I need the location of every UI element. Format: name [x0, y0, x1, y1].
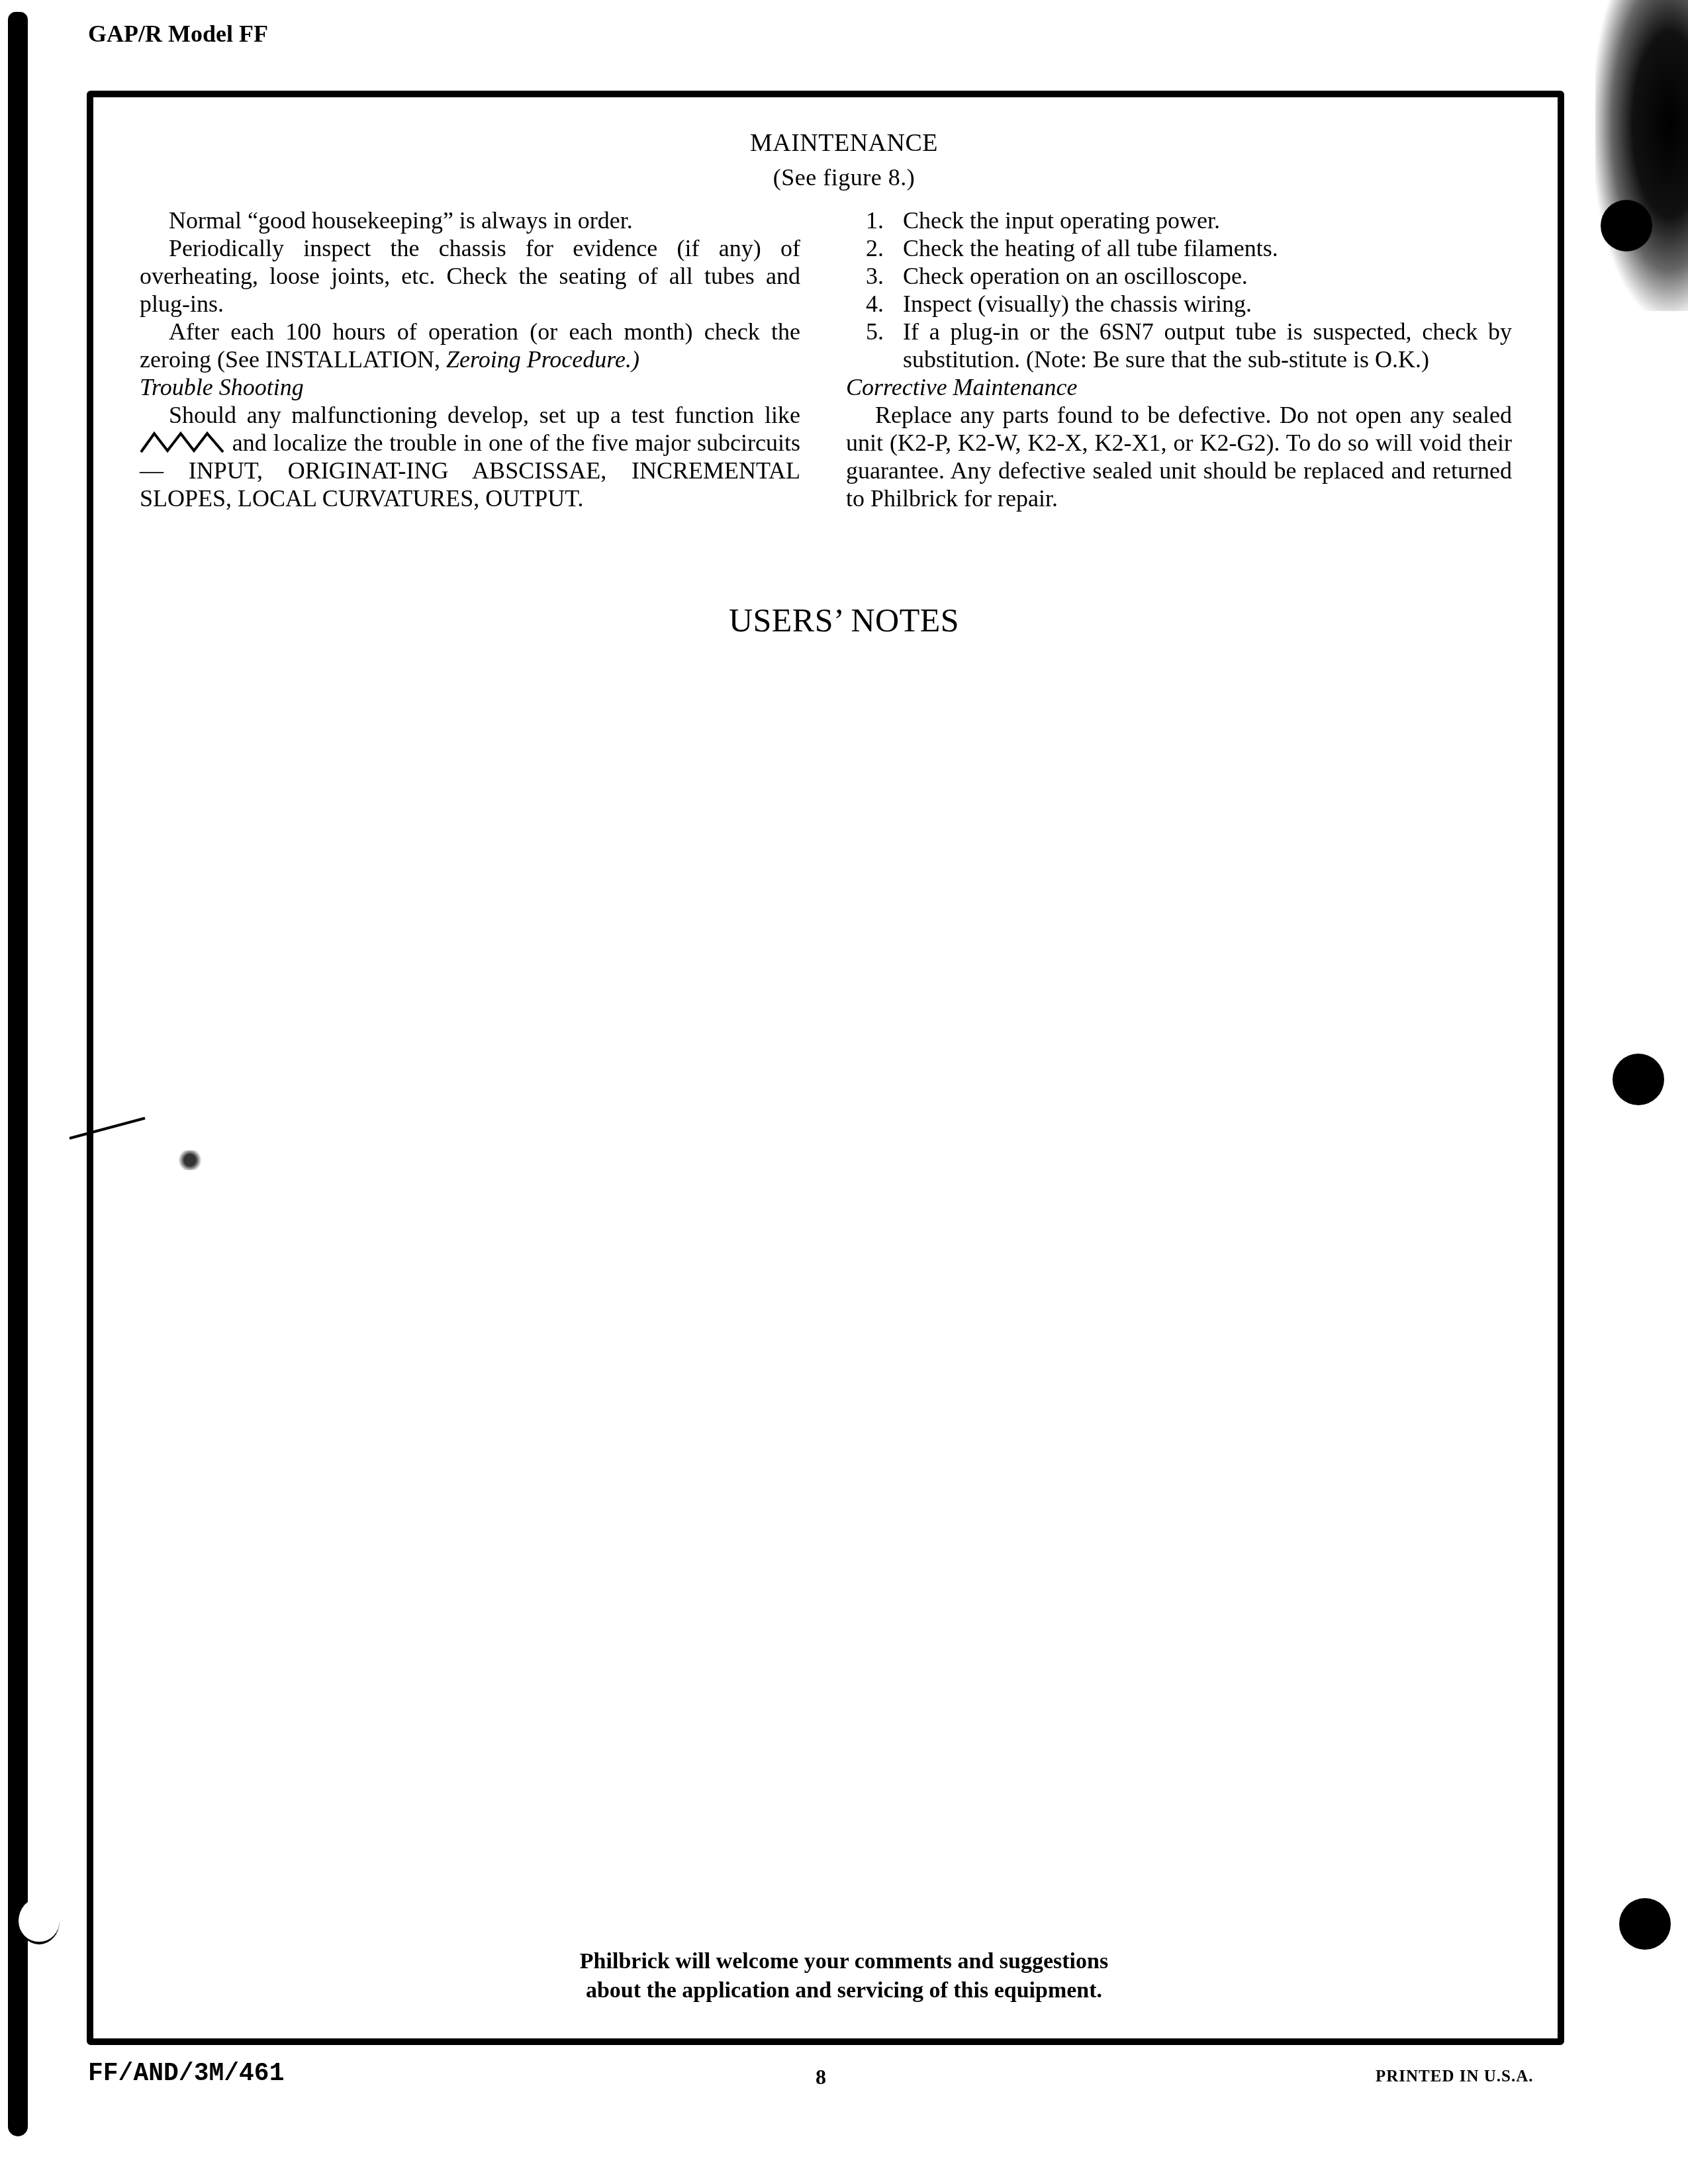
trouble-text-start: Should any malfunctioning develop, set u… [169, 402, 800, 428]
paragraph-inspection: Periodically inspect the chassis for evi… [140, 234, 800, 318]
zeroing-procedure-reference: Zeroing Procedure.) [446, 346, 639, 373]
paragraph-corrective-maintenance: Replace any parts found to be defective.… [846, 401, 1512, 512]
page-number: 8 [816, 2065, 826, 2089]
binding-edge-shadow [8, 12, 28, 2136]
running-head: GAP/R Model FF [88, 20, 268, 48]
closing-note: Philbrick will welcome your comments and… [0, 1947, 1688, 2005]
checklist-item: 1.Check the input operating power. [846, 206, 1512, 234]
punch-hole [1619, 1898, 1671, 1950]
trouble-text-end: and localize the trouble in one of the f… [140, 430, 800, 512]
punch-hole [1613, 1054, 1664, 1105]
checklist-item: 4.Inspect (visually) the chassis wiring. [846, 290, 1512, 318]
closing-note-line-2: about the application and servicing of t… [0, 1976, 1688, 2005]
figure-reference: (See figure 8.) [0, 163, 1688, 191]
paragraph-housekeeping: Normal “good housekeeping” is always in … [140, 206, 800, 234]
subheading-trouble-shooting: Trouble Shooting [140, 373, 800, 401]
binding-notch [19, 1898, 60, 1944]
maintenance-left-column: Normal “good housekeeping” is always in … [140, 206, 800, 512]
checklist-item: 2.Check the heating of all tube filament… [846, 234, 1512, 262]
maintenance-right-column: 1.Check the input operating power. 2.Che… [846, 206, 1512, 512]
checklist-item: 5.If a plug-in or the 6SN7 output tube i… [846, 318, 1512, 373]
punch-hole [1601, 200, 1652, 251]
subheading-corrective-maintenance: Corrective Maintenance [846, 373, 1512, 401]
paragraph-zeroing: After each 100 hours of operation (or ea… [140, 318, 800, 373]
triangle-wave-icon [140, 431, 226, 453]
printed-in-usa: PRINTED IN U.S.A. [1376, 2068, 1534, 2086]
section-title-users-notes: USERS’ NOTES [0, 601, 1688, 639]
paragraph-trouble-shooting: Should any malfunctioning develop, set u… [140, 401, 800, 512]
section-title-maintenance: MAINTENANCE [0, 128, 1688, 158]
closing-note-line-1: Philbrick will welcome your comments and… [0, 1947, 1688, 1976]
checklist: 1.Check the input operating power. 2.Che… [846, 206, 1512, 373]
checklist-item: 3.Check operation on an oscilloscope. [846, 262, 1512, 290]
form-code: FF/AND/3M/461 [88, 2060, 284, 2088]
